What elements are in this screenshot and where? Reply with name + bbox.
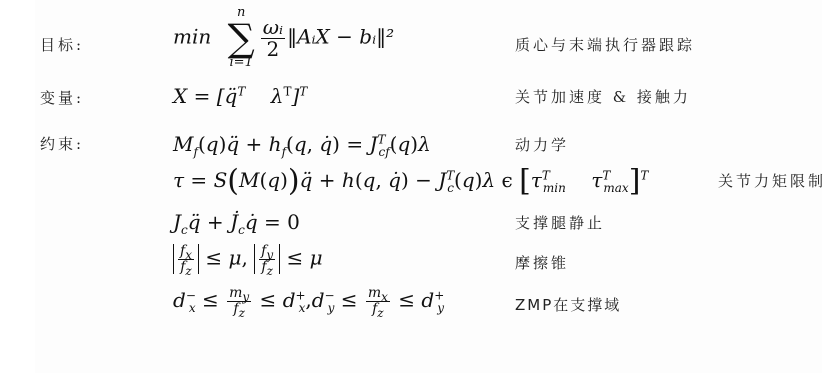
- variables-label: 变量:: [40, 87, 84, 108]
- objective-formula: min n ∑ i=1 ωᵢ2‖AᵢX − bᵢ‖²: [173, 6, 394, 70]
- dynamics-formula: Mf(q)q̈ + hf(q, q̇) = JTcf(q)λ: [173, 132, 431, 156]
- zmp-formula: d−x ≤ myfz ≤ d+x,d−y ≤ mxfz ≤ d+y: [173, 286, 444, 316]
- friction-cone-formula: fxfz ≤ μ, fyfz ≤ μ: [173, 244, 323, 274]
- sigma-icon: ∑: [228, 20, 255, 56]
- constraints-label: 约束:: [40, 133, 84, 154]
- norm-term: ‖AᵢX − bᵢ‖²: [287, 25, 394, 49]
- variables-description: 关节加速度 & 接触力: [515, 86, 691, 107]
- variables-formula: X = [q̈T λT]T: [173, 84, 307, 108]
- objective-label: 目标:: [40, 34, 84, 55]
- dynamics-description: 动力学: [515, 134, 569, 155]
- stance-leg-formula: Jcq̈ + J̇cq̇ = 0: [173, 210, 300, 234]
- min-operator: min: [173, 25, 211, 49]
- friction-cone-description: 摩擦锥: [515, 252, 569, 273]
- weight-fraction: ωᵢ2: [261, 17, 285, 60]
- torque-limit-description: 关节力矩限制: [718, 170, 826, 191]
- zmp-description: ZMP在支撑域: [515, 294, 621, 315]
- summation: n ∑ i=1: [228, 6, 255, 70]
- stance-leg-description: 支撑腿静止: [515, 212, 605, 233]
- objective-description: 质心与末端执行器跟踪: [515, 34, 695, 55]
- torque-limit-formula: τ = S(M(q))q̈ + h(q, q̇) − JTc(q)λ ϵ [τT…: [173, 168, 648, 192]
